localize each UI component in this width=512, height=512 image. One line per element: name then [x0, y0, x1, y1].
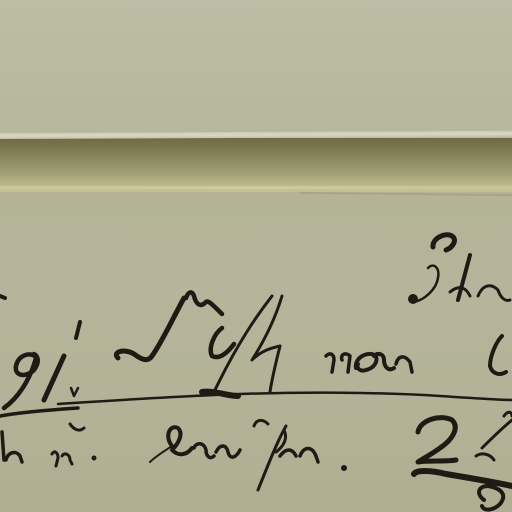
handwriting-line-lehmann — [116, 292, 506, 396]
handwriting-line-8 — [479, 486, 503, 510]
handwriting-line-str — [408, 235, 510, 304]
handwriting-line-91 — [0, 296, 80, 408]
handwriting-rules — [0, 393, 512, 486]
handwriting-ink — [0, 0, 512, 512]
document-photo: Str 91. Lehmann C n u. drusen. 2 R 8 — [0, 0, 512, 512]
handwriting-line-drusen — [2, 412, 512, 490]
